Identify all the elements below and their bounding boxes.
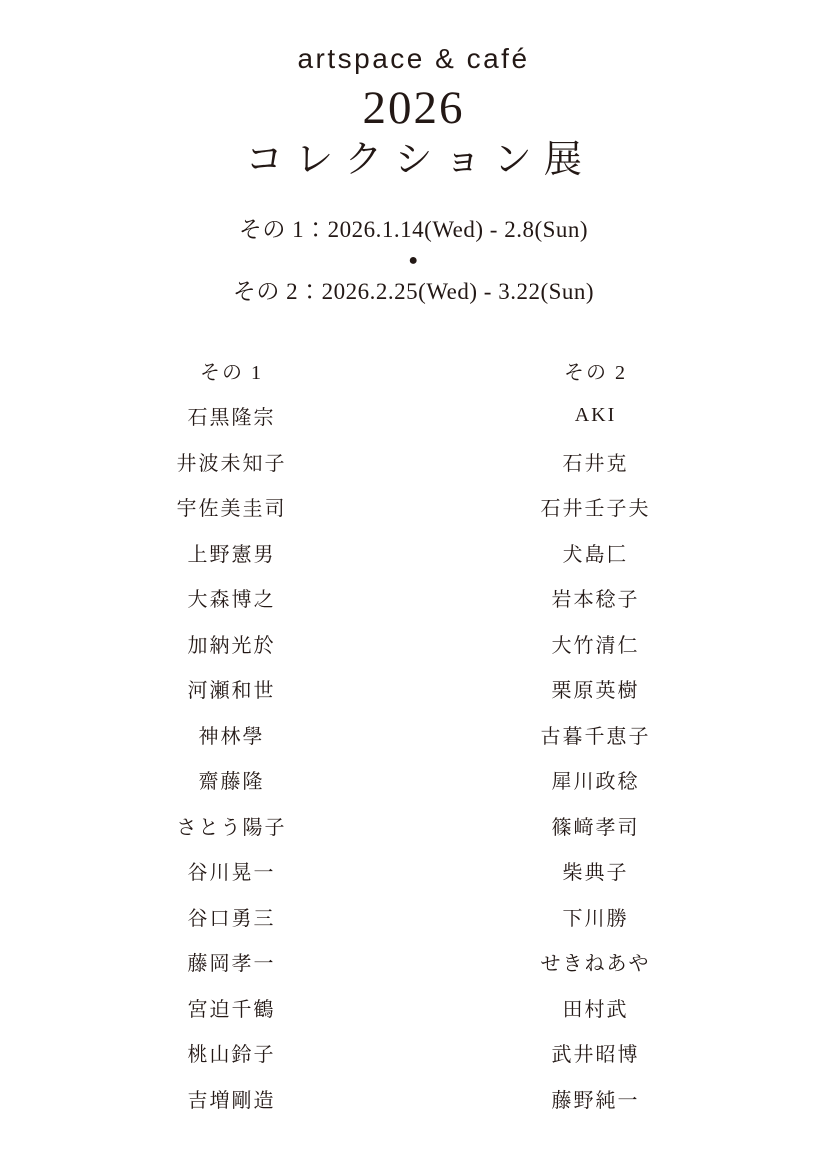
artist-name: 井波未知子 — [87, 438, 377, 484]
artist-name: せきねあや — [451, 939, 741, 985]
artist-name: 谷口勇三 — [87, 893, 377, 939]
artist-name: さとう陽子 — [87, 802, 377, 848]
artist-name: 齋藤隆 — [87, 757, 377, 803]
artist-list: その 1 石黒隆宗 井波未知子 宇佐美圭司 上野憲男 大森博之 加納光於 河瀬和… — [0, 347, 827, 1121]
artist-name: 犀川政稔 — [451, 757, 741, 803]
artist-name: 河瀬和世 — [87, 666, 377, 712]
date-period-1: その 1：2026.1.14(Wed) - 2.8(Sun) — [0, 215, 827, 245]
artist-name: 吉増剛造 — [87, 1075, 377, 1121]
artist-name: 石黒隆宗 — [87, 393, 377, 439]
artist-name: 大竹清仁 — [451, 620, 741, 666]
artist-name: 宮迫千鶴 — [87, 984, 377, 1030]
artist-name: 石井壬子夫 — [451, 484, 741, 530]
exhibition-year: 2026 — [0, 85, 827, 132]
column-header-part1: その 1 — [87, 347, 377, 393]
artist-name: 加納光於 — [87, 620, 377, 666]
artist-name: 武井昭博 — [451, 1030, 741, 1076]
date-period-2: その 2：2026.2.25(Wed) - 3.22(Sun) — [0, 277, 827, 307]
artist-name: 石井克 — [451, 438, 741, 484]
artist-column-part2: その 2 AKI 石井克 石井壬子夫 犬島匚 岩本稔子 大竹清仁 栗原英樹 古暮… — [451, 347, 741, 1121]
separator-dot-icon: ● — [0, 253, 827, 269]
exhibition-dates: その 1：2026.1.14(Wed) - 2.8(Sun) ● その 2：20… — [0, 215, 827, 307]
artist-name: 下川勝 — [451, 893, 741, 939]
artist-name: 藤野純一 — [451, 1075, 741, 1121]
artist-name: 桃山鈴子 — [87, 1030, 377, 1076]
artist-name: 上野憲男 — [87, 529, 377, 575]
artist-name: 篠﨑孝司 — [451, 802, 741, 848]
artist-name: 栗原英樹 — [451, 666, 741, 712]
artist-column-part1: その 1 石黒隆宗 井波未知子 宇佐美圭司 上野憲男 大森博之 加納光於 河瀬和… — [87, 347, 377, 1121]
venue-name: artspace & café — [0, 0, 827, 76]
artist-name: 柴典子 — [451, 848, 741, 894]
artist-name: 岩本稔子 — [451, 575, 741, 621]
artist-name: 藤岡孝一 — [87, 939, 377, 985]
exhibition-title: コレクション展 — [0, 139, 827, 183]
artist-name: 大森博之 — [87, 575, 377, 621]
artist-name: 犬島匚 — [451, 529, 741, 575]
artist-name: 古暮千恵子 — [451, 711, 741, 757]
artist-name: 神林學 — [87, 711, 377, 757]
artist-name: 宇佐美圭司 — [87, 484, 377, 530]
exhibition-flyer: artspace & café 2026 コレクション展 その 1：2026.1… — [0, 0, 827, 1169]
artist-name: AKI — [451, 393, 741, 439]
artist-name: 田村武 — [451, 984, 741, 1030]
artist-name: 谷川晃一 — [87, 848, 377, 894]
column-header-part2: その 2 — [451, 347, 741, 393]
